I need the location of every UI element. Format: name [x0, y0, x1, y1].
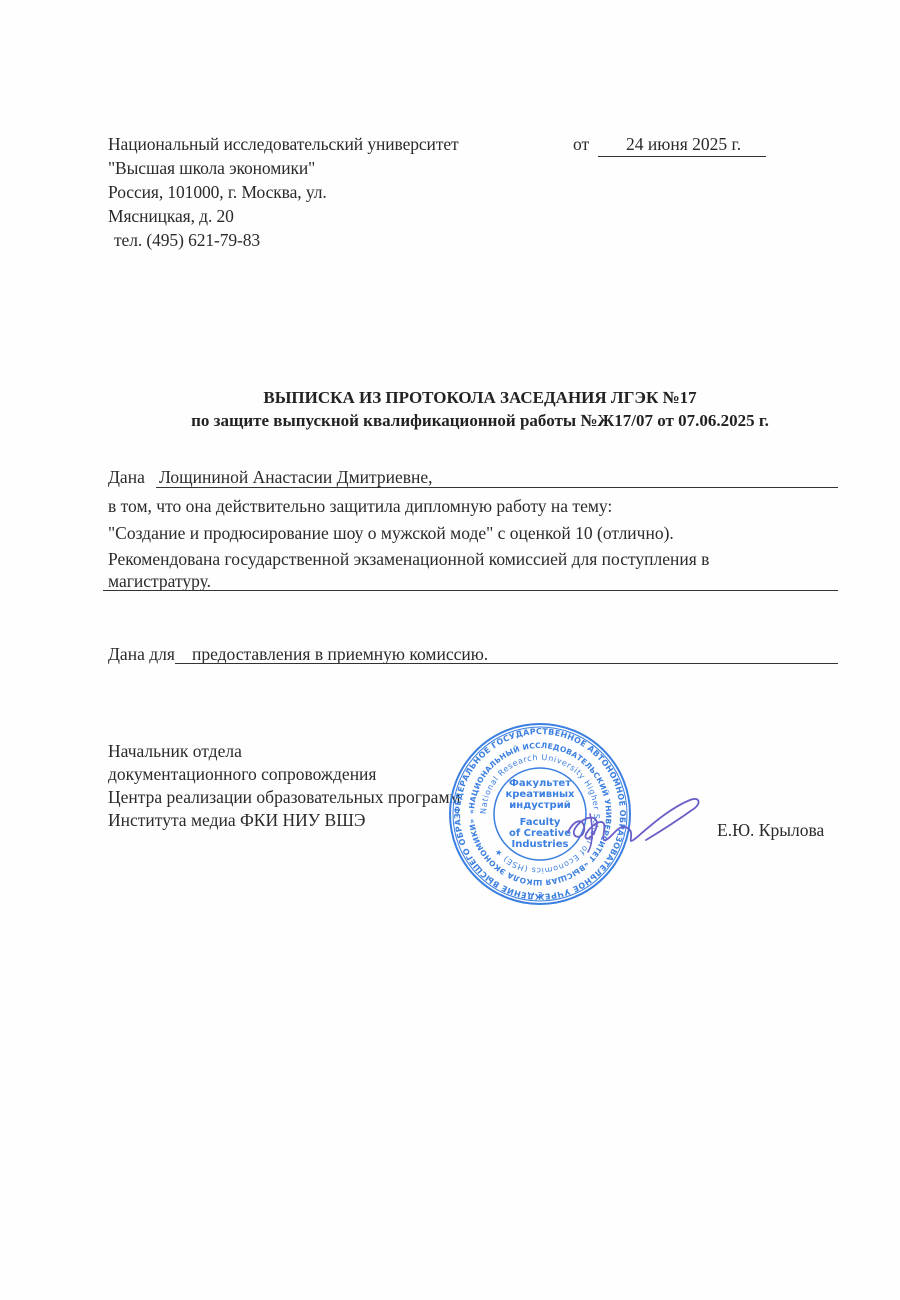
organization-header: Национальный исследовательский университ… [108, 132, 459, 252]
recipient-name: Лощининой Анастасии Дмитриевне, [159, 466, 433, 488]
org-phone: тел. (495) 621-79-83 [108, 228, 459, 252]
purpose-label: Дана для [108, 643, 175, 665]
org-name-line-2: "Высшая школа экономики" [108, 156, 459, 180]
position-line-3: Центра реализации образовательных програ… [108, 786, 461, 809]
stamp-en-1: Faculty [520, 817, 561, 828]
handwritten-signature-icon [560, 790, 720, 860]
document-date: от 24 июня 2025 г. [573, 132, 766, 157]
given-label: Дана [108, 466, 145, 488]
body-underline [103, 590, 838, 591]
position-line-1: Начальник отдела [108, 740, 461, 763]
date-value: 24 июня 2025 г. [598, 132, 766, 157]
org-name-line: Национальный исследовательский университ… [108, 132, 459, 156]
org-address-line-2: Мясницкая, д. 20 [108, 204, 459, 228]
signatory-position: Начальник отдела документационного сопро… [108, 740, 461, 832]
document-title: ВЫПИСКА ИЗ ПРОТОКОЛА ЗАСЕДАНИЯ ЛГЭК №17 [0, 388, 900, 408]
document-page: Национальный исследовательский университ… [0, 0, 900, 1300]
purpose-text: предоставления в приемную комиссию. [192, 643, 488, 665]
document-subtitle: по защите выпускной квалификационной раб… [0, 411, 900, 431]
purpose-underline [175, 663, 838, 664]
recipient-underline [156, 487, 838, 488]
body-line-4: магистратуру. [108, 570, 211, 592]
signer-name: Е.Ю. Крылова [717, 820, 824, 841]
stamp-ru-1: Факультет [509, 778, 571, 789]
date-prefix: от [573, 134, 589, 154]
body-line-2: "Создание и продюсирование шоу о мужской… [108, 522, 674, 544]
org-address-line: Россия, 101000, г. Москва, ул. [108, 180, 459, 204]
position-line-4: Института медиа ФКИ НИУ ВШЭ [108, 809, 461, 832]
body-line-3: Рекомендована государственной экзаменаци… [108, 548, 709, 570]
body-line-1: в том, что она действительно защитила ди… [108, 495, 612, 517]
position-line-2: документационного сопровождения [108, 763, 461, 786]
